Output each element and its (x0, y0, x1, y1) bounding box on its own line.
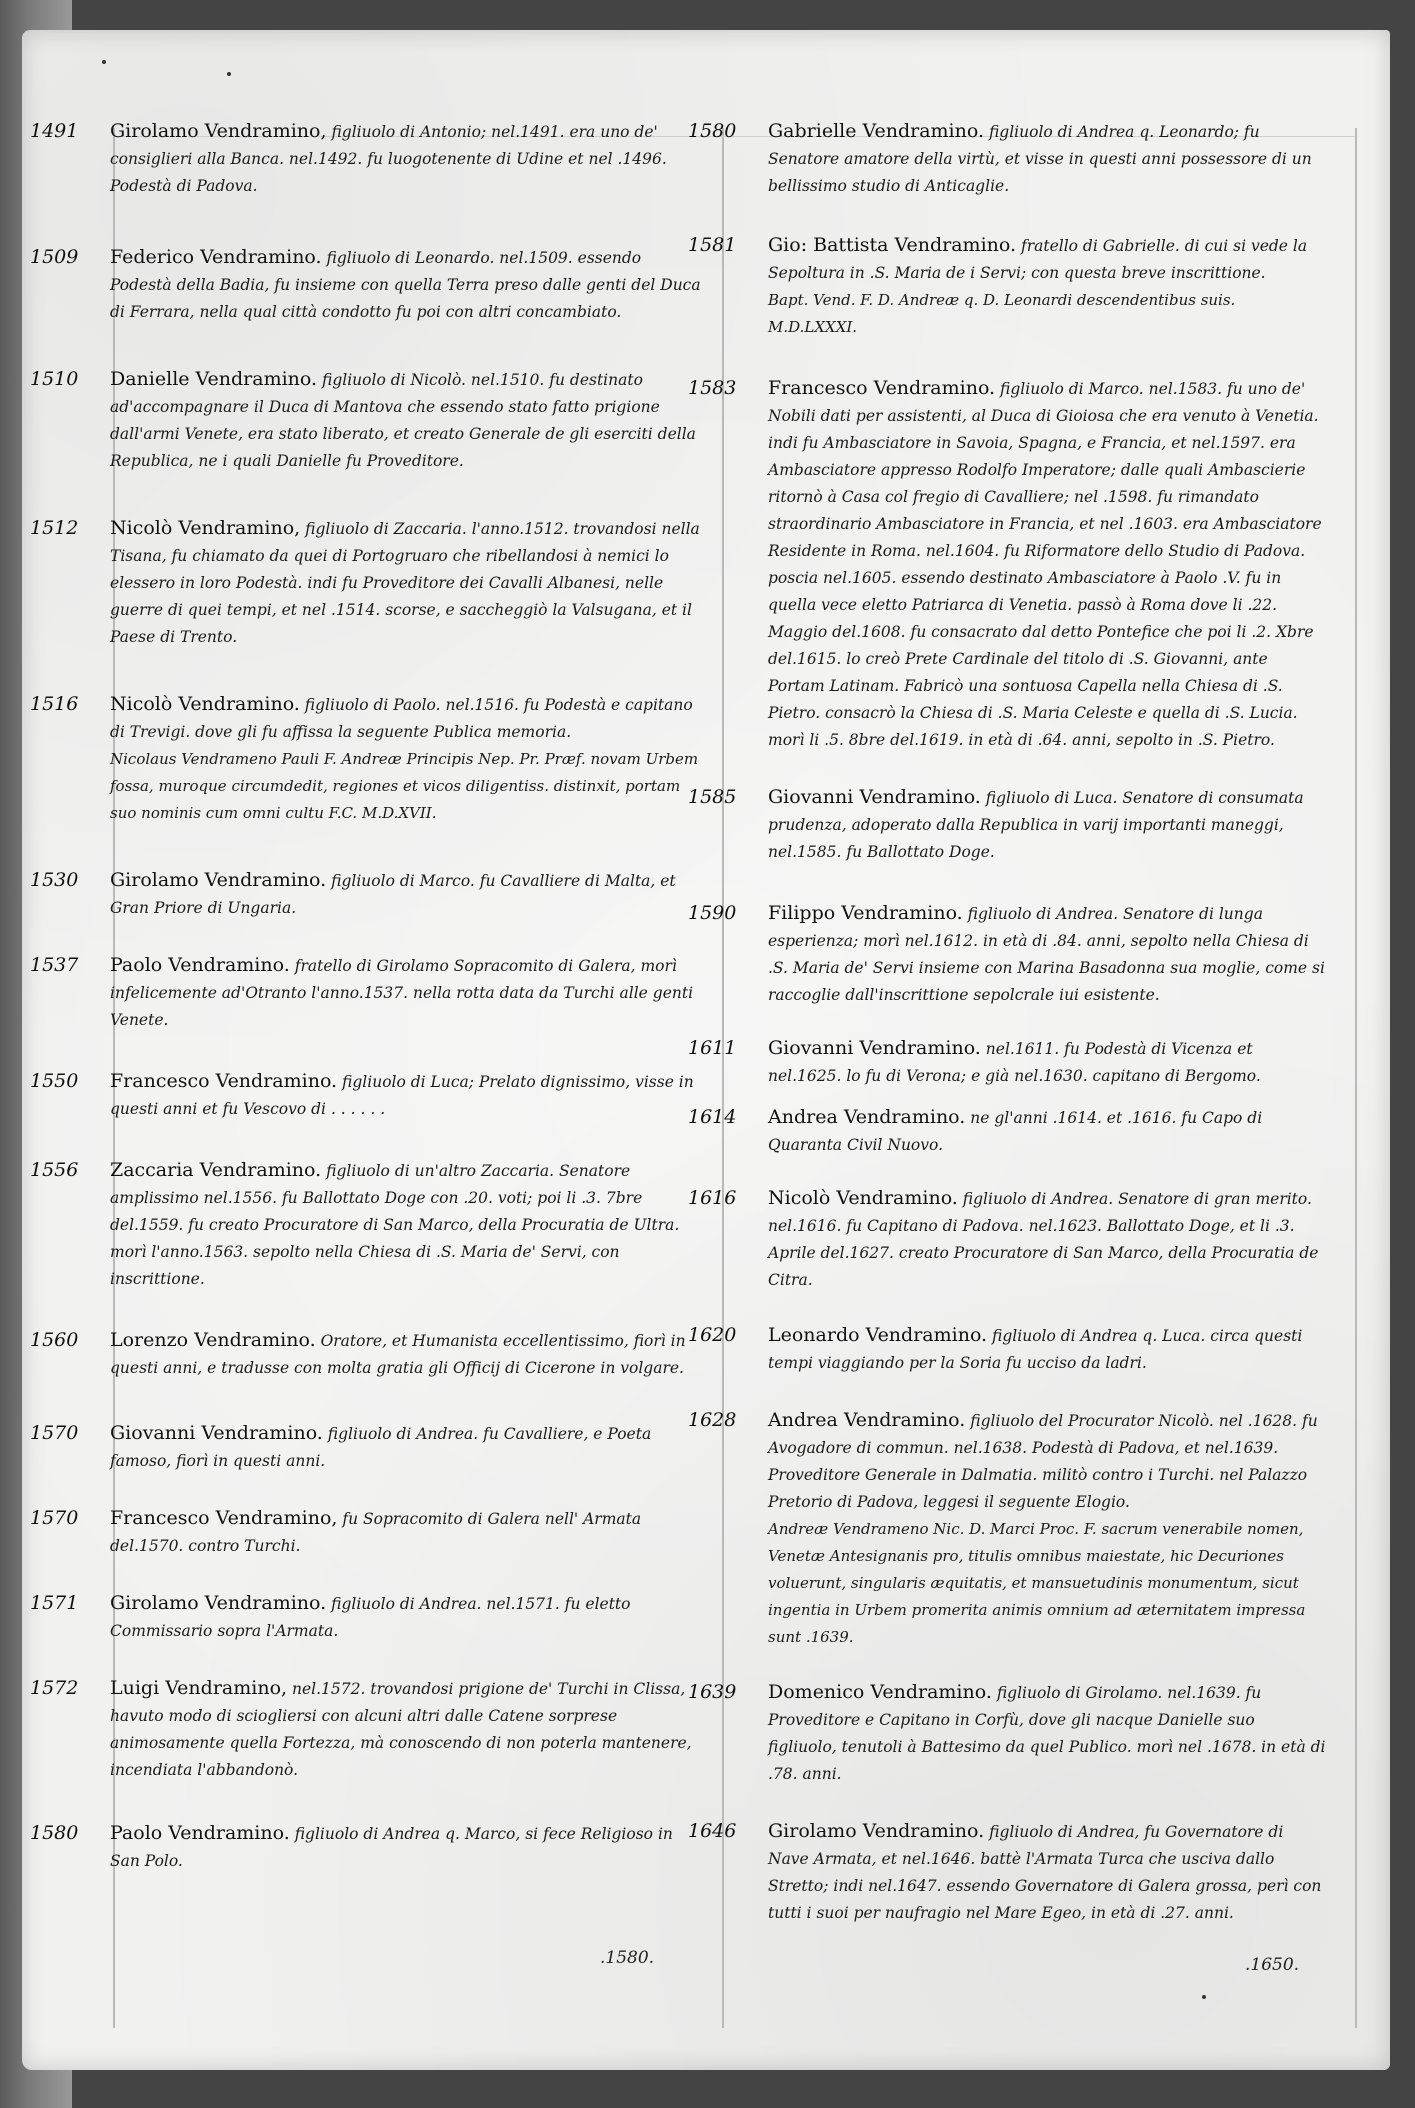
entry-year: 1646 (688, 1818, 764, 1845)
entry-name: Lorenzo Vendramino. (110, 1329, 316, 1351)
entry-year: 1537 (30, 952, 106, 979)
register-entry: 1556 Zaccaria Vendramino. figliuolo di u… (30, 1157, 705, 1293)
entry-year: 1571 (30, 1590, 106, 1617)
entry-name: Luigi Vendramino, (110, 1677, 287, 1699)
entry-year: 1581 (688, 232, 764, 259)
entry-name: Danielle Vendramino. (110, 368, 317, 390)
register-entry: 1510 Danielle Vendramino. figliuolo di N… (30, 366, 705, 475)
register-entry: 1646 Girolamo Vendramino. figliuolo di A… (688, 1818, 1328, 1927)
entry-name: Paolo Vendramino. (110, 954, 290, 976)
page-footer-year-left: .1580. (600, 1948, 654, 1968)
entry-year: 1491 (30, 118, 106, 145)
register-entry: 1570 Francesco Vendramino, fu Sopracomit… (30, 1505, 705, 1560)
register-entry: 1614 Andrea Vendramino. ne gl'anni .1614… (688, 1104, 1328, 1159)
register-entry: 1580 Paolo Vendramino. figliuolo di Andr… (30, 1820, 705, 1875)
register-entry: 1537 Paolo Vendramino. fratello di Girol… (30, 952, 705, 1034)
entry-name: Federico Vendramino. (110, 246, 322, 268)
entry-name: Andrea Vendramino. (768, 1106, 965, 1128)
entry-inscription: Nicolaus Vendrameno Pauli F. Andreæ Prin… (110, 746, 705, 827)
ink-speck (1202, 1995, 1206, 1999)
entry-name: Nicolò Vendramino. (110, 693, 300, 715)
entry-year: 1611 (688, 1035, 764, 1062)
entry-year: 1580 (688, 118, 764, 145)
register-entry: 1550 Francesco Vendramino. figliuolo di … (30, 1068, 705, 1123)
entry-name: Girolamo Vendramino. (110, 869, 326, 891)
entry-year: 1550 (30, 1068, 106, 1095)
entry-year: 1570 (30, 1420, 106, 1447)
entry-year: 1590 (688, 900, 764, 927)
entry-name: Girolamo Vendramino. (110, 1592, 326, 1614)
entry-name: Domenico Vendramino. (768, 1681, 992, 1703)
entry-name: Gio: Battista Vendramino. (768, 234, 1016, 256)
entry-year: 1583 (688, 375, 764, 402)
margin-rule-right (1355, 128, 1357, 2028)
entry-year: 1556 (30, 1157, 106, 1184)
register-entry: 1590 Filippo Vendramino. figliuolo di An… (688, 900, 1328, 1009)
entry-year: 1580 (30, 1820, 106, 1847)
register-entry: 1512 Nicolò Vendramino, figliuolo di Zac… (30, 515, 705, 651)
register-entry: 1570 Giovanni Vendramino. figliuolo di A… (30, 1420, 705, 1475)
register-entry: 1560 Lorenzo Vendramino. Oratore, et Hum… (30, 1327, 705, 1382)
right-column: 1580 Gabrielle Vendramino. figliuolo di … (688, 118, 1328, 1953)
entry-year: 1628 (688, 1407, 764, 1434)
entry-year: 1510 (30, 366, 106, 393)
entry-year: 1639 (688, 1679, 764, 1706)
entry-name: Nicolò Vendramino, (110, 517, 300, 539)
entry-name: Francesco Vendramino, (110, 1507, 337, 1529)
register-entry: 1583 Francesco Vendramino. figliuolo di … (688, 375, 1328, 754)
entry-year: 1512 (30, 515, 106, 542)
entry-name: Girolamo Vendramino, (110, 120, 327, 142)
register-entry: 1639 Domenico Vendramino. figliuolo di G… (688, 1679, 1328, 1788)
register-entry: 1571 Girolamo Vendramino. figliuolo di A… (30, 1590, 705, 1645)
entry-year: 1614 (688, 1104, 764, 1131)
register-entry: 1585 Giovanni Vendramino. figliuolo di L… (688, 784, 1328, 866)
ink-speck (227, 72, 231, 76)
left-column: 1491 Girolamo Vendramino, figliuolo di A… (30, 118, 705, 1901)
register-entry: 1580 Gabrielle Vendramino. figliuolo di … (688, 118, 1328, 200)
entry-name: Leonardo Vendramino. (768, 1324, 987, 1346)
register-entry: 1628 Andrea Vendramino. figliuolo del Pr… (688, 1407, 1328, 1651)
entry-year: 1530 (30, 867, 106, 894)
entry-year: 1620 (688, 1322, 764, 1349)
register-entry: 1572 Luigi Vendramino, nel.1572. trovand… (30, 1675, 705, 1784)
register-entry: 1509 Federico Vendramino. figliuolo di L… (30, 244, 705, 326)
entry-text: figliuolo di Marco. nel.1583. fu uno de'… (768, 380, 1322, 749)
entry-name: Giovanni Vendramino. (768, 1037, 981, 1059)
entry-name: Andrea Vendramino. (768, 1409, 965, 1431)
entry-name: Francesco Vendramino. (110, 1070, 337, 1092)
ink-speck (102, 60, 106, 64)
entry-name: Giovanni Vendramino. (768, 786, 981, 808)
entry-inscription: Bapt. Vend. F. D. Andreæ q. D. Leonardi … (768, 287, 1328, 341)
entry-year: 1560 (30, 1327, 106, 1354)
entry-year: 1570 (30, 1505, 106, 1532)
entry-name: Zaccaria Vendramino. (110, 1159, 321, 1181)
register-entry: 1581 Gio: Battista Vendramino. fratello … (688, 232, 1328, 341)
entry-name: Nicolò Vendramino. (768, 1187, 958, 1209)
entry-year: 1585 (688, 784, 764, 811)
register-entry: 1611 Giovanni Vendramino. nel.1611. fu P… (688, 1035, 1328, 1090)
entry-year: 1509 (30, 244, 106, 271)
entry-year: 1616 (688, 1185, 764, 1212)
entry-name: Filippo Vendramino. (768, 902, 963, 924)
entry-name: Gabrielle Vendramino. (768, 120, 984, 142)
entry-inscription: Andreæ Vendrameno Nic. D. Marci Proc. F.… (768, 1516, 1328, 1651)
entry-name: Giovanni Vendramino. (110, 1422, 323, 1444)
entry-name: Paolo Vendramino. (110, 1822, 290, 1844)
page-footer-year-right: .1650. (1245, 1955, 1299, 1975)
register-entry: 1491 Girolamo Vendramino, figliuolo di A… (30, 118, 705, 200)
register-entry: 1516 Nicolò Vendramino. figliuolo di Pao… (30, 691, 705, 827)
entry-name: Francesco Vendramino. (768, 377, 995, 399)
entry-name: Girolamo Vendramino. (768, 1820, 984, 1842)
register-entry: 1530 Girolamo Vendramino. figliuolo di M… (30, 867, 705, 922)
register-entry: 1616 Nicolò Vendramino. figliuolo di And… (688, 1185, 1328, 1294)
register-entry: 1620 Leonardo Vendramino. figliuolo di A… (688, 1322, 1328, 1377)
entry-year: 1516 (30, 691, 106, 718)
entry-year: 1572 (30, 1675, 106, 1702)
